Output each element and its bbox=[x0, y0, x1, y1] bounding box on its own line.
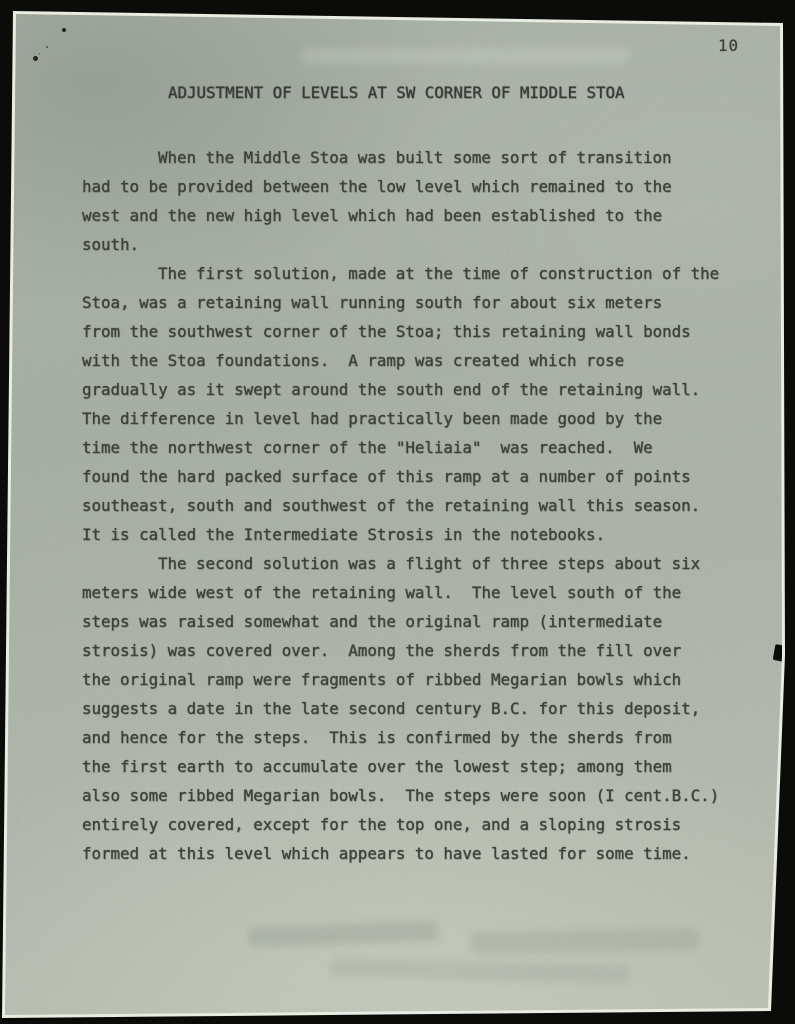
typewritten-line: had to be provided between the low level… bbox=[82, 172, 752, 201]
ink-speck bbox=[62, 28, 66, 32]
paragraph: The first solution, made at the time of … bbox=[82, 259, 752, 549]
ink-speck bbox=[33, 56, 38, 61]
faint-smudge bbox=[300, 48, 630, 64]
typewritten-line: south. bbox=[82, 230, 752, 259]
typewritten-line: time the northwest corner of the "Heliai… bbox=[82, 433, 752, 462]
typewritten-line: It is called the Intermediate Strosis in… bbox=[82, 520, 752, 549]
typewritten-line: strosis) was covered over. Among the she… bbox=[82, 636, 752, 665]
typewritten-line: The difference in level had practically … bbox=[82, 404, 752, 433]
typewritten-body: When the Middle Stoa was built some sort… bbox=[82, 143, 752, 868]
typewritten-line: Stoa, was a retaining wall running south… bbox=[82, 288, 752, 317]
paper-edge-notch bbox=[773, 644, 788, 662]
typewritten-line: southeast, south and southwest of the re… bbox=[82, 491, 752, 520]
paragraph: When the Middle Stoa was built some sort… bbox=[82, 143, 752, 259]
typewritten-line: the first earth to accumulate over the l… bbox=[82, 752, 752, 781]
bleed-through-mark bbox=[330, 958, 630, 984]
bleed-through-mark bbox=[248, 921, 439, 948]
typewritten-line: found the hard packed surface of this ra… bbox=[82, 462, 752, 491]
ink-speck bbox=[46, 46, 48, 48]
page-number: 10 bbox=[718, 36, 739, 55]
typewritten-line: west and the new high level which had be… bbox=[82, 201, 752, 230]
document-page: 10 ADJUSTMENT OF LEVELS AT SW CORNER OF … bbox=[0, 0, 795, 1024]
photo-background: 10 ADJUSTMENT OF LEVELS AT SW CORNER OF … bbox=[0, 0, 795, 1024]
typewritten-line: The first solution, made at the time of … bbox=[82, 259, 752, 288]
typewritten-line: suggests a date in the late second centu… bbox=[82, 694, 752, 723]
typewritten-line: the original ramp were fragments of ribb… bbox=[82, 665, 752, 694]
typewritten-line: steps was raised somewhat and the origin… bbox=[82, 607, 752, 636]
typewritten-line: formed at this level which appears to ha… bbox=[82, 839, 752, 868]
typewritten-line: and hence for the steps. This is confirm… bbox=[82, 723, 752, 752]
typewritten-line: entirely covered, except for the top one… bbox=[82, 810, 752, 839]
typewritten-line: meters wide west of the retaining wall. … bbox=[82, 578, 752, 607]
page-title: ADJUSTMENT OF LEVELS AT SW CORNER OF MID… bbox=[168, 83, 625, 102]
typewritten-line: also some ribbed Megarian bowls. The ste… bbox=[82, 781, 752, 810]
bleed-through-mark bbox=[470, 928, 700, 954]
typewritten-line: When the Middle Stoa was built some sort… bbox=[82, 143, 752, 172]
typewritten-line: from the southwest corner of the Stoa; t… bbox=[82, 317, 752, 346]
typewritten-line: gradually as it swept around the south e… bbox=[82, 375, 752, 404]
typewritten-line: The second solution was a flight of thre… bbox=[82, 549, 752, 578]
typewritten-line: with the Stoa foundations. A ramp was cr… bbox=[82, 346, 752, 375]
paragraph: The second solution was a flight of thre… bbox=[82, 549, 752, 868]
